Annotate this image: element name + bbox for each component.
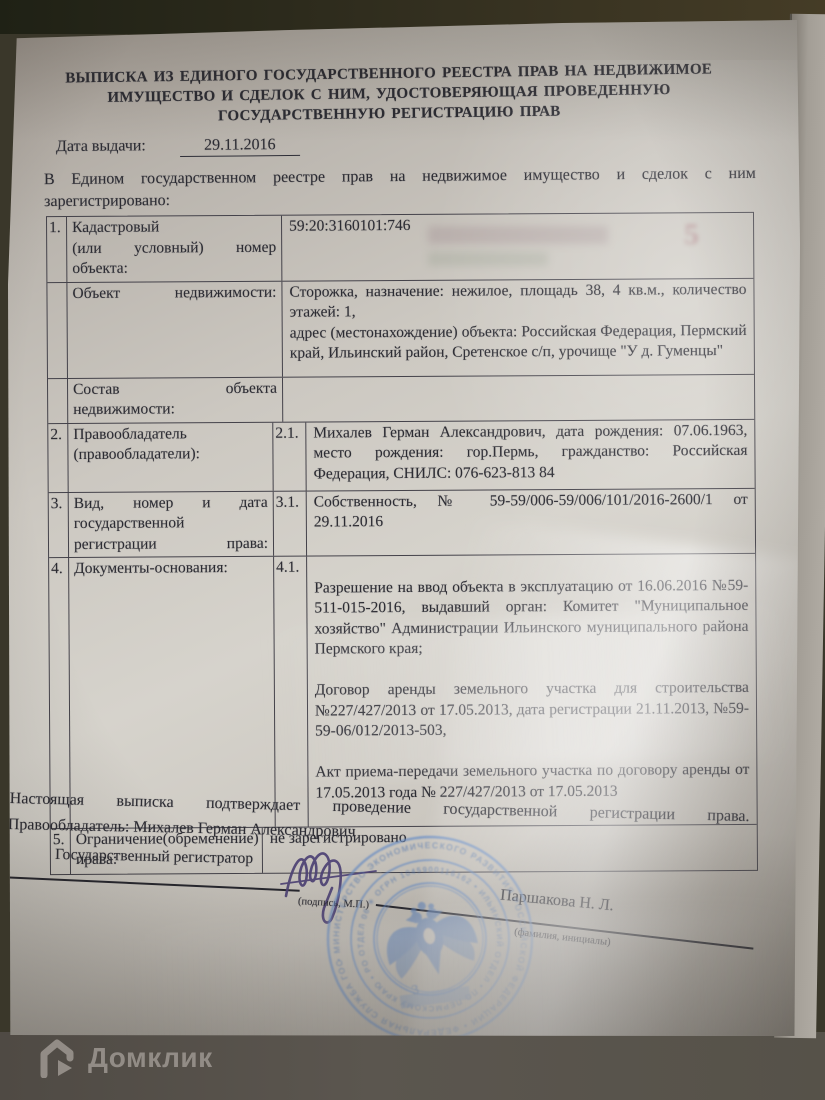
document-title: ВЫПИСКА ИЗ ЕДИНОГО ГОСУДАРСТВЕННОГО РЕЕС… [36, 59, 743, 129]
document-paper: ВЫПИСКА ИЗ ЕДИНОГО ГОСУДАРСТВЕННОГО РЕЕС… [8, 20, 800, 1036]
registry-table: 1. Кадастровый(илиусловный)номеробъекта:… [46, 212, 758, 875]
row-label-cell: Кадастровый(илиусловный)номеробъекта: [67, 216, 282, 282]
row-label-cell: Объектнедвижимости: [67, 281, 283, 377]
row-label-cell: Документы-основания: [69, 557, 276, 828]
row-value-cell [283, 374, 754, 421]
issue-date-label: Дата выдачи: [56, 137, 146, 155]
row-subnumber-cell: 4.1. [274, 557, 309, 827]
table-row-object-composition: Составобъектанедвижимости: [48, 374, 754, 423]
row-label-cell: Вид,номеридатагосударственнойрегистрации… [69, 491, 274, 557]
table-row-registration-record: 3. Вид,номеридатагосударственнойрегистра… [49, 488, 755, 558]
row-value-cell: Разрешение на ввод объекта в эксплуатаци… [307, 554, 757, 826]
row-number-cell [48, 379, 68, 423]
row-number-cell: 1. [47, 217, 67, 282]
row-label-cell: Составобъектанедвижимости: [68, 377, 283, 422]
row-number-cell: 2. [48, 424, 68, 492]
table-row-cadastral-number: 1. Кадастровый(илиусловный)номеробъекта:… [47, 213, 753, 283]
row-number-cell [47, 283, 68, 378]
issue-date-row: Дата выдачи:29.11.2016 [56, 136, 300, 158]
domclick-house-icon [38, 1038, 76, 1078]
issue-date-value: 29.11.2016 [180, 136, 300, 157]
row-value-cell: Михалев Герман Александрович, дата рожде… [306, 419, 754, 490]
table-row-property-object: Объектнедвижимости: Сторожка, назначение… [47, 278, 754, 378]
row-number-cell: 4. [49, 558, 71, 828]
row-number-cell: 3. [49, 493, 69, 558]
row-label-cell: Правообладатель(правообладатели): [68, 422, 273, 491]
stamp-eagle-icon [377, 892, 482, 984]
photo-scene: ВЫПИСКА ИЗ ЕДИНОГО ГОСУДАРСТВЕННОГО РЕЕС… [0, 0, 825, 1100]
table-row-basis-documents: 4. Документы-основания: 4.1. Разрешение … [49, 554, 757, 829]
signature-line-left [8, 876, 300, 892]
row-subnumber-cell: 2.1. [273, 422, 306, 490]
row-value-cell: Сторожка, назначение: нежилое, площадь 3… [282, 278, 754, 376]
table-row-rights-holder: 2. Правообладатель(правообладатели): 2.1… [48, 419, 754, 492]
domclick-watermark: Домклик [38, 1038, 213, 1078]
docs-paragraph: Разрешение на ввод объекта в эксплуатаци… [314, 575, 748, 660]
intro-paragraph: ВЕдиномгосударственномреестреправнанедви… [44, 163, 756, 213]
official-stamp: • МИНИСТЕРСТВО ЭКОНОМИЧЕСКОГО РАЗВИТИЯ Р… [308, 826, 552, 1036]
domclick-brand-text: Домклик [88, 1042, 213, 1074]
document-content: ВЫПИСКА ИЗ ЕДИНОГО ГОСУДАРСТВЕННОГО РЕЕС… [8, 20, 800, 1036]
row-value-cell: 59:20:3160101:746 [282, 213, 753, 280]
row-subnumber-cell: 3.1. [274, 491, 307, 556]
docs-paragraph: Договор аренды земельного участка для ст… [315, 678, 749, 742]
row-value-cell: Собственность, № 59-59/006-59/006/101/20… [307, 488, 755, 555]
docs-paragraph: Акт приема-передачи земельного участка п… [315, 760, 749, 804]
